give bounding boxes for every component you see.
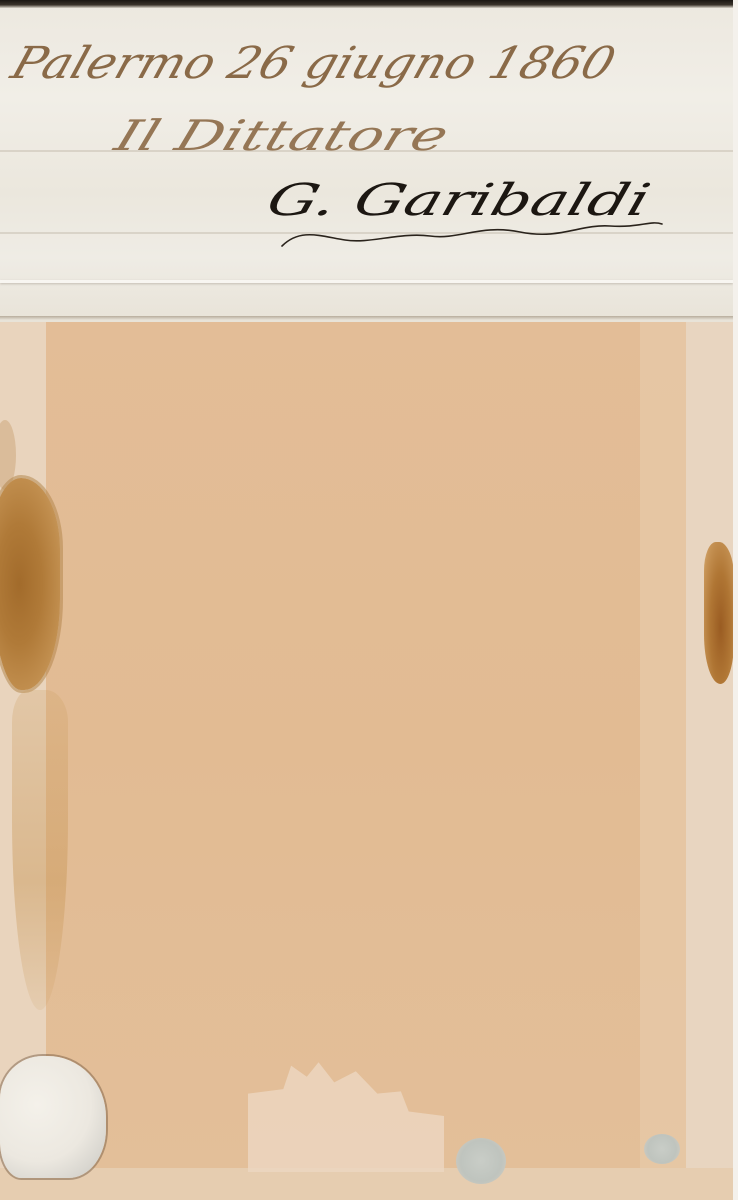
water-stain-left (0, 478, 60, 690)
card-right-margin (686, 320, 733, 1200)
scan-right-edge (733, 0, 738, 1200)
signature-text: G. Garibaldi (261, 174, 656, 226)
title-text: Il Dittatore (107, 112, 454, 161)
spot-bottom-right (644, 1134, 680, 1164)
card-bottom-margin (0, 1168, 733, 1200)
signature-flourish-icon (282, 223, 662, 246)
torn-corner-bottom-left (0, 1056, 106, 1178)
place-date-text: Palermo 26 giugno 1860 (4, 37, 622, 89)
water-stain-right (704, 542, 734, 684)
document-page: Palermo 26 giugno 1860 Il Dittatore G. G… (0, 0, 738, 1200)
spot-bottom-center (456, 1138, 506, 1184)
card-panel-right-band (640, 320, 688, 1170)
card-panel (46, 320, 686, 1170)
handwritten-inscription: Palermo 26 giugno 1860 Il Dittatore G. G… (0, 0, 738, 322)
